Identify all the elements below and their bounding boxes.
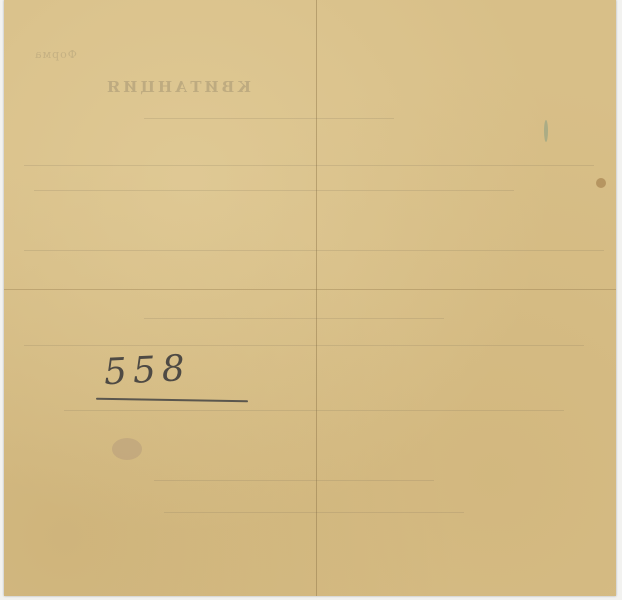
bleed-line [144, 318, 444, 319]
horizontal-fold-line [4, 289, 616, 290]
bleed-line [24, 250, 604, 251]
bleed-through-title: КВИТАНЦИЯ [104, 78, 251, 96]
vertical-fold-line [316, 0, 317, 596]
bleed-line [24, 165, 594, 166]
bleed-line [154, 480, 434, 481]
bleed-line [24, 345, 584, 346]
bleed-line [34, 190, 514, 191]
bleed-line [64, 410, 564, 411]
ink-mark [544, 120, 548, 142]
stain [596, 178, 606, 188]
bleed-line [164, 512, 464, 513]
bleed-line [144, 118, 394, 119]
handwritten-underline [96, 398, 248, 403]
handwritten-number: 558 [103, 348, 192, 393]
paper-sheet: Форма КВИТАНЦИЯ 558 [4, 0, 616, 596]
stain [112, 438, 142, 460]
bleed-through-form-label: Форма [34, 48, 77, 61]
